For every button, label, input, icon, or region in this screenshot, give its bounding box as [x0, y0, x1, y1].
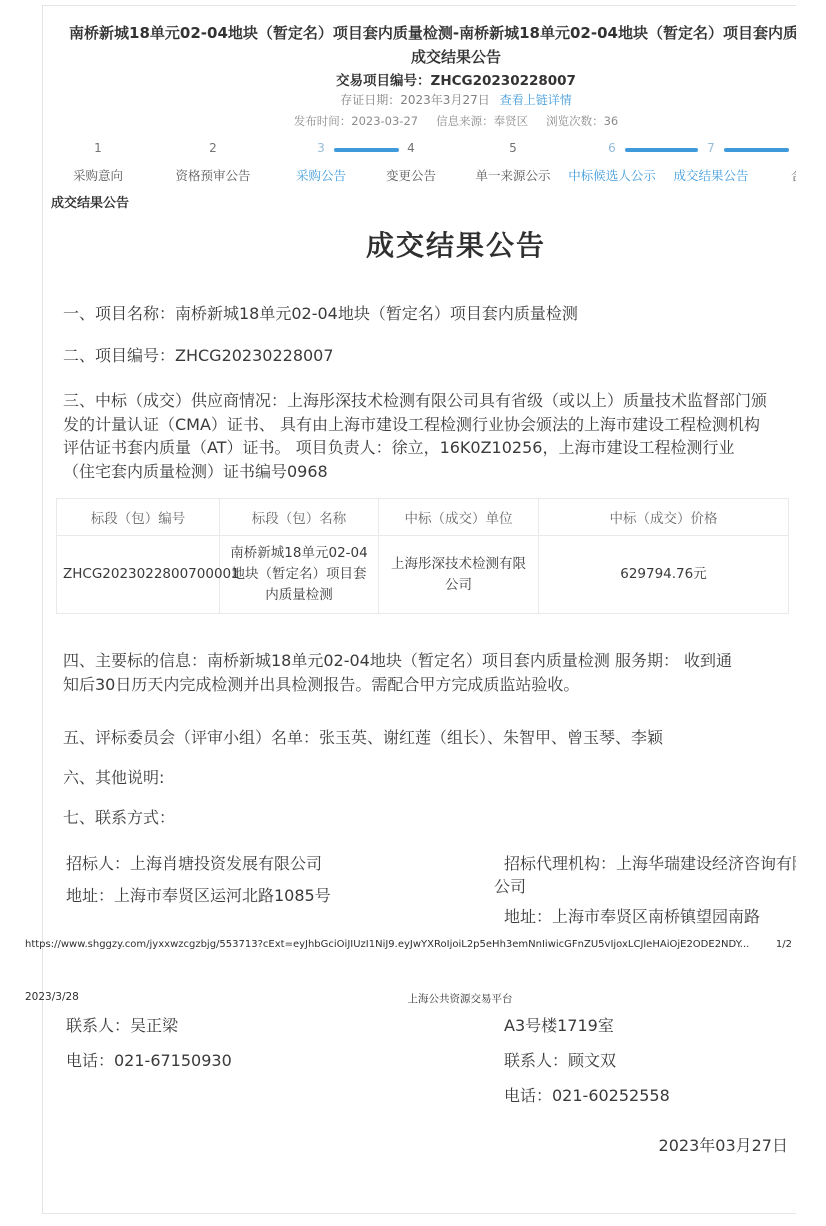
- section-evaluation-committee: 五、评标委员会（评审小组）名单：张玉英、谢红莲（组长）、朱智甲、曾玉琴、李颖: [63, 726, 663, 750]
- award-table-header-row: 标段（包）编号 标段（包）名称 中标（成交）单位 中标（成交）价格: [57, 499, 789, 536]
- cell-winner: 上海彤深技术检测有限公司: [379, 536, 539, 614]
- cell-package-no: ZHCG2023022800700001: [57, 536, 220, 614]
- agency-address-line1: 地址：上海市奉贤区南桥镇望园南路: [504, 905, 760, 929]
- step-connector-7-8: [724, 148, 789, 152]
- step-item-采购意向: 1采购意向: [42, 141, 163, 184]
- announcement-heading: 成交结果公告: [43, 224, 796, 264]
- cell-price: 629794.76元: [539, 536, 789, 614]
- signature-date: 2023年03月27日: [659, 1134, 788, 1158]
- supplier-line-2: 发的计量认证（CMA）证书、 具有由上海市建设工程检测行业协会颁法的上海市建设工…: [63, 413, 767, 437]
- section-contact-heading: 七、联系方式：: [63, 806, 175, 830]
- agency-name-line2: 公司: [494, 875, 526, 899]
- view-count: 浏览次数：36: [546, 114, 618, 128]
- chain-detail-link[interactable]: 查看上链详情: [500, 93, 572, 107]
- trade-project-number: 交易项目编号：ZHCG20230228007: [43, 69, 796, 89]
- supplier-line-4: （住宅套内质量检测）证书编号0968: [63, 460, 767, 484]
- step-label[interactable]: 采购意向: [42, 166, 163, 184]
- print-footer-page-number: 1/2: [776, 939, 792, 950]
- print-header-date: 2023/3/28: [25, 991, 79, 1003]
- subject-line-2: 知后30日历天内完成检测并出具检测报告。需配合甲方完成质监站验收。: [63, 673, 732, 697]
- print-footer: https://www.shggzy.com/jyxxwzcgzbjg/5537…: [25, 939, 792, 950]
- col-header-price: 中标（成交）价格: [539, 499, 789, 536]
- supplier-line-3: 评估证书套内质量（AT）证书。 项目负责人：徐立，16K0Z10256，上海市建…: [63, 436, 767, 460]
- supplier-line-1: 三、中标（成交）供应商情况：上海彤深技术检测有限公司具有省级（或以上）质量技术监…: [63, 389, 767, 413]
- publish-meta-row: 发布时间：2023-03-27信息来源：奉贤区浏览次数：36: [43, 113, 796, 129]
- publish-time: 发布时间：2023-03-27: [294, 114, 418, 128]
- step-label[interactable]: 合同公告: [751, 166, 796, 184]
- step-number: 1: [42, 141, 163, 155]
- section-project-name: 一、项目名称：南桥新城18单元02-04地块（暂定名）项目套内质量检测: [63, 302, 578, 326]
- agency-phone: 电话：021-60252558: [504, 1084, 670, 1108]
- bidder-name: 招标人：上海肖塘投资发展有限公司: [66, 852, 322, 876]
- current-step-crumb: 成交结果公告: [51, 192, 129, 211]
- bidder-address: 地址：上海市奉贤区运河北路1085号: [66, 884, 331, 908]
- print-header-site-title: 上海公共资源交易平台: [408, 991, 513, 1006]
- step-connector-6-7: [625, 148, 698, 152]
- page-title-line2: 成交结果公告: [43, 45, 796, 69]
- col-header-package-name: 标段（包）名称: [220, 499, 379, 536]
- agency-name-line1: 招标代理机构：上海华瑞建设经济咨询有限: [504, 852, 796, 876]
- screenshot-canvas: 南桥新城18单元02-04地块（暂定名）项目套内质量检测-南桥新城18单元02-…: [0, 0, 826, 1226]
- section-subject-info: 四、主要标的信息：南桥新城18单元02-04地块（暂定名）项目套内质量检测 服务…: [63, 649, 732, 696]
- col-header-package-no: 标段（包）编号: [57, 499, 220, 536]
- bidder-contact-person: 联系人：吴正梁: [66, 1014, 178, 1038]
- section-project-number: 二、项目编号：ZHCG20230228007: [63, 344, 334, 368]
- agency-contact-person: 联系人：顾文双: [504, 1049, 616, 1073]
- cell-package-name: 南桥新城18单元02-04地块（暂定名）项目套内质量检测: [220, 536, 379, 614]
- section-other-notes: 六、其他说明:: [63, 766, 164, 790]
- document-sheet: 南桥新城18单元02-04地块（暂定名）项目套内质量检测-南桥新城18单元02-…: [42, 5, 796, 1214]
- col-header-winner: 中标（成交）单位: [379, 499, 539, 536]
- info-source: 信息来源：奉贤区: [436, 114, 528, 128]
- cert-date-row: 存证日期：2023年3月27日查看上链详情: [43, 91, 796, 108]
- page-title-line1: 南桥新城18单元02-04地块（暂定名）项目套内质量检测-南桥新城18单元02-…: [43, 21, 796, 45]
- subject-line-1: 四、主要标的信息：南桥新城18单元02-04地块（暂定名）项目套内质量检测 服务…: [63, 649, 732, 673]
- award-table: 标段（包）编号 标段（包）名称 中标（成交）单位 中标（成交）价格 ZHCG20…: [56, 498, 789, 614]
- step-connector-3-4: [334, 148, 399, 152]
- agency-address-line2: A3号楼1719室: [504, 1014, 614, 1038]
- print-footer-url: https://www.shggzy.com/jyxxwzcgzbjg/5537…: [25, 939, 749, 950]
- cert-date-label: 存证日期：2023年3月27日: [340, 93, 489, 107]
- section-winning-supplier: 三、中标（成交）供应商情况：上海彤深技术检测有限公司具有省级（或以上）质量技术监…: [63, 389, 767, 483]
- award-table-row: ZHCG2023022800700001 南桥新城18单元02-04地块（暂定名…: [57, 536, 789, 614]
- bidder-phone: 电话：021-67150930: [66, 1049, 232, 1073]
